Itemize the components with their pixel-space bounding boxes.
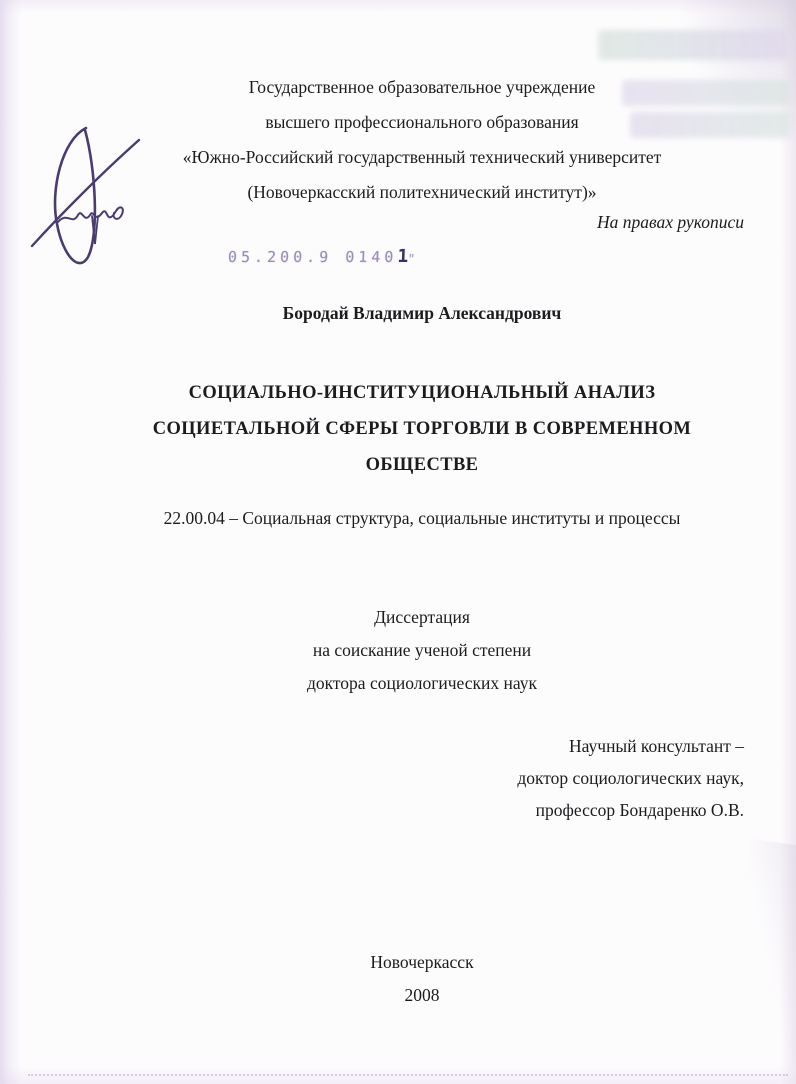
stamp-digits: 05.200.9 0140	[228, 248, 398, 266]
registration-stamp-number: 05.200.9 01401ʺ	[228, 246, 416, 267]
consultant-line: доктор социологических наук,	[88, 762, 744, 794]
institution-header: Государственное образовательное учрежден…	[88, 70, 756, 210]
manuscript-rights-note: На правах рукописи	[88, 212, 744, 233]
title-line: ОБЩЕСТВЕ	[88, 447, 756, 483]
author-name: Бородай Владимир Александрович	[88, 303, 756, 324]
title-line: СОЦИЕТАЛЬНОЙ СФЕРЫ ТОРГОВЛИ В СОВРЕМЕННО…	[88, 411, 756, 447]
page-content: Государственное образовательное учрежден…	[88, 0, 756, 1084]
consultant-line: профессор Бондаренко О.В.	[88, 794, 744, 826]
thesis-line: на соискание ученой степени	[88, 634, 756, 667]
dissertation-title: СОЦИАЛЬНО-ИНСТИТУЦИОНАЛЬНЫЙ АНАЛИЗ СОЦИЕ…	[88, 375, 756, 483]
institution-line: Государственное образовательное учрежден…	[88, 70, 756, 105]
institution-line: высшего профессионального образования	[88, 105, 756, 140]
specialty-code-line: 22.00.04 – Социальная структура, социаль…	[88, 508, 756, 529]
stamp-tick-mark: ʺ	[408, 252, 415, 265]
title-line: СОЦИАЛЬНО-ИНСТИТУЦИОНАЛЬНЫЙ АНАЛИЗ	[88, 375, 756, 411]
institution-line: «Южно-Российский государственный техниче…	[88, 140, 756, 175]
publication-city: Новочеркасск	[88, 952, 756, 973]
institution-line: (Новочеркасский политехнический институт…	[88, 175, 756, 210]
thesis-type-block: Диссертация на соискание ученой степени …	[88, 601, 756, 700]
publication-year: 2008	[88, 985, 756, 1006]
consultant-line: Научный консультант –	[88, 730, 744, 762]
scanned-dissertation-title-page: Государственное образовательное учрежден…	[0, 0, 796, 1084]
scientific-consultant-block: Научный консультант – доктор социологиче…	[88, 730, 744, 826]
thesis-line: доктора социологических наук	[88, 667, 756, 700]
thesis-line: Диссертация	[88, 601, 756, 634]
